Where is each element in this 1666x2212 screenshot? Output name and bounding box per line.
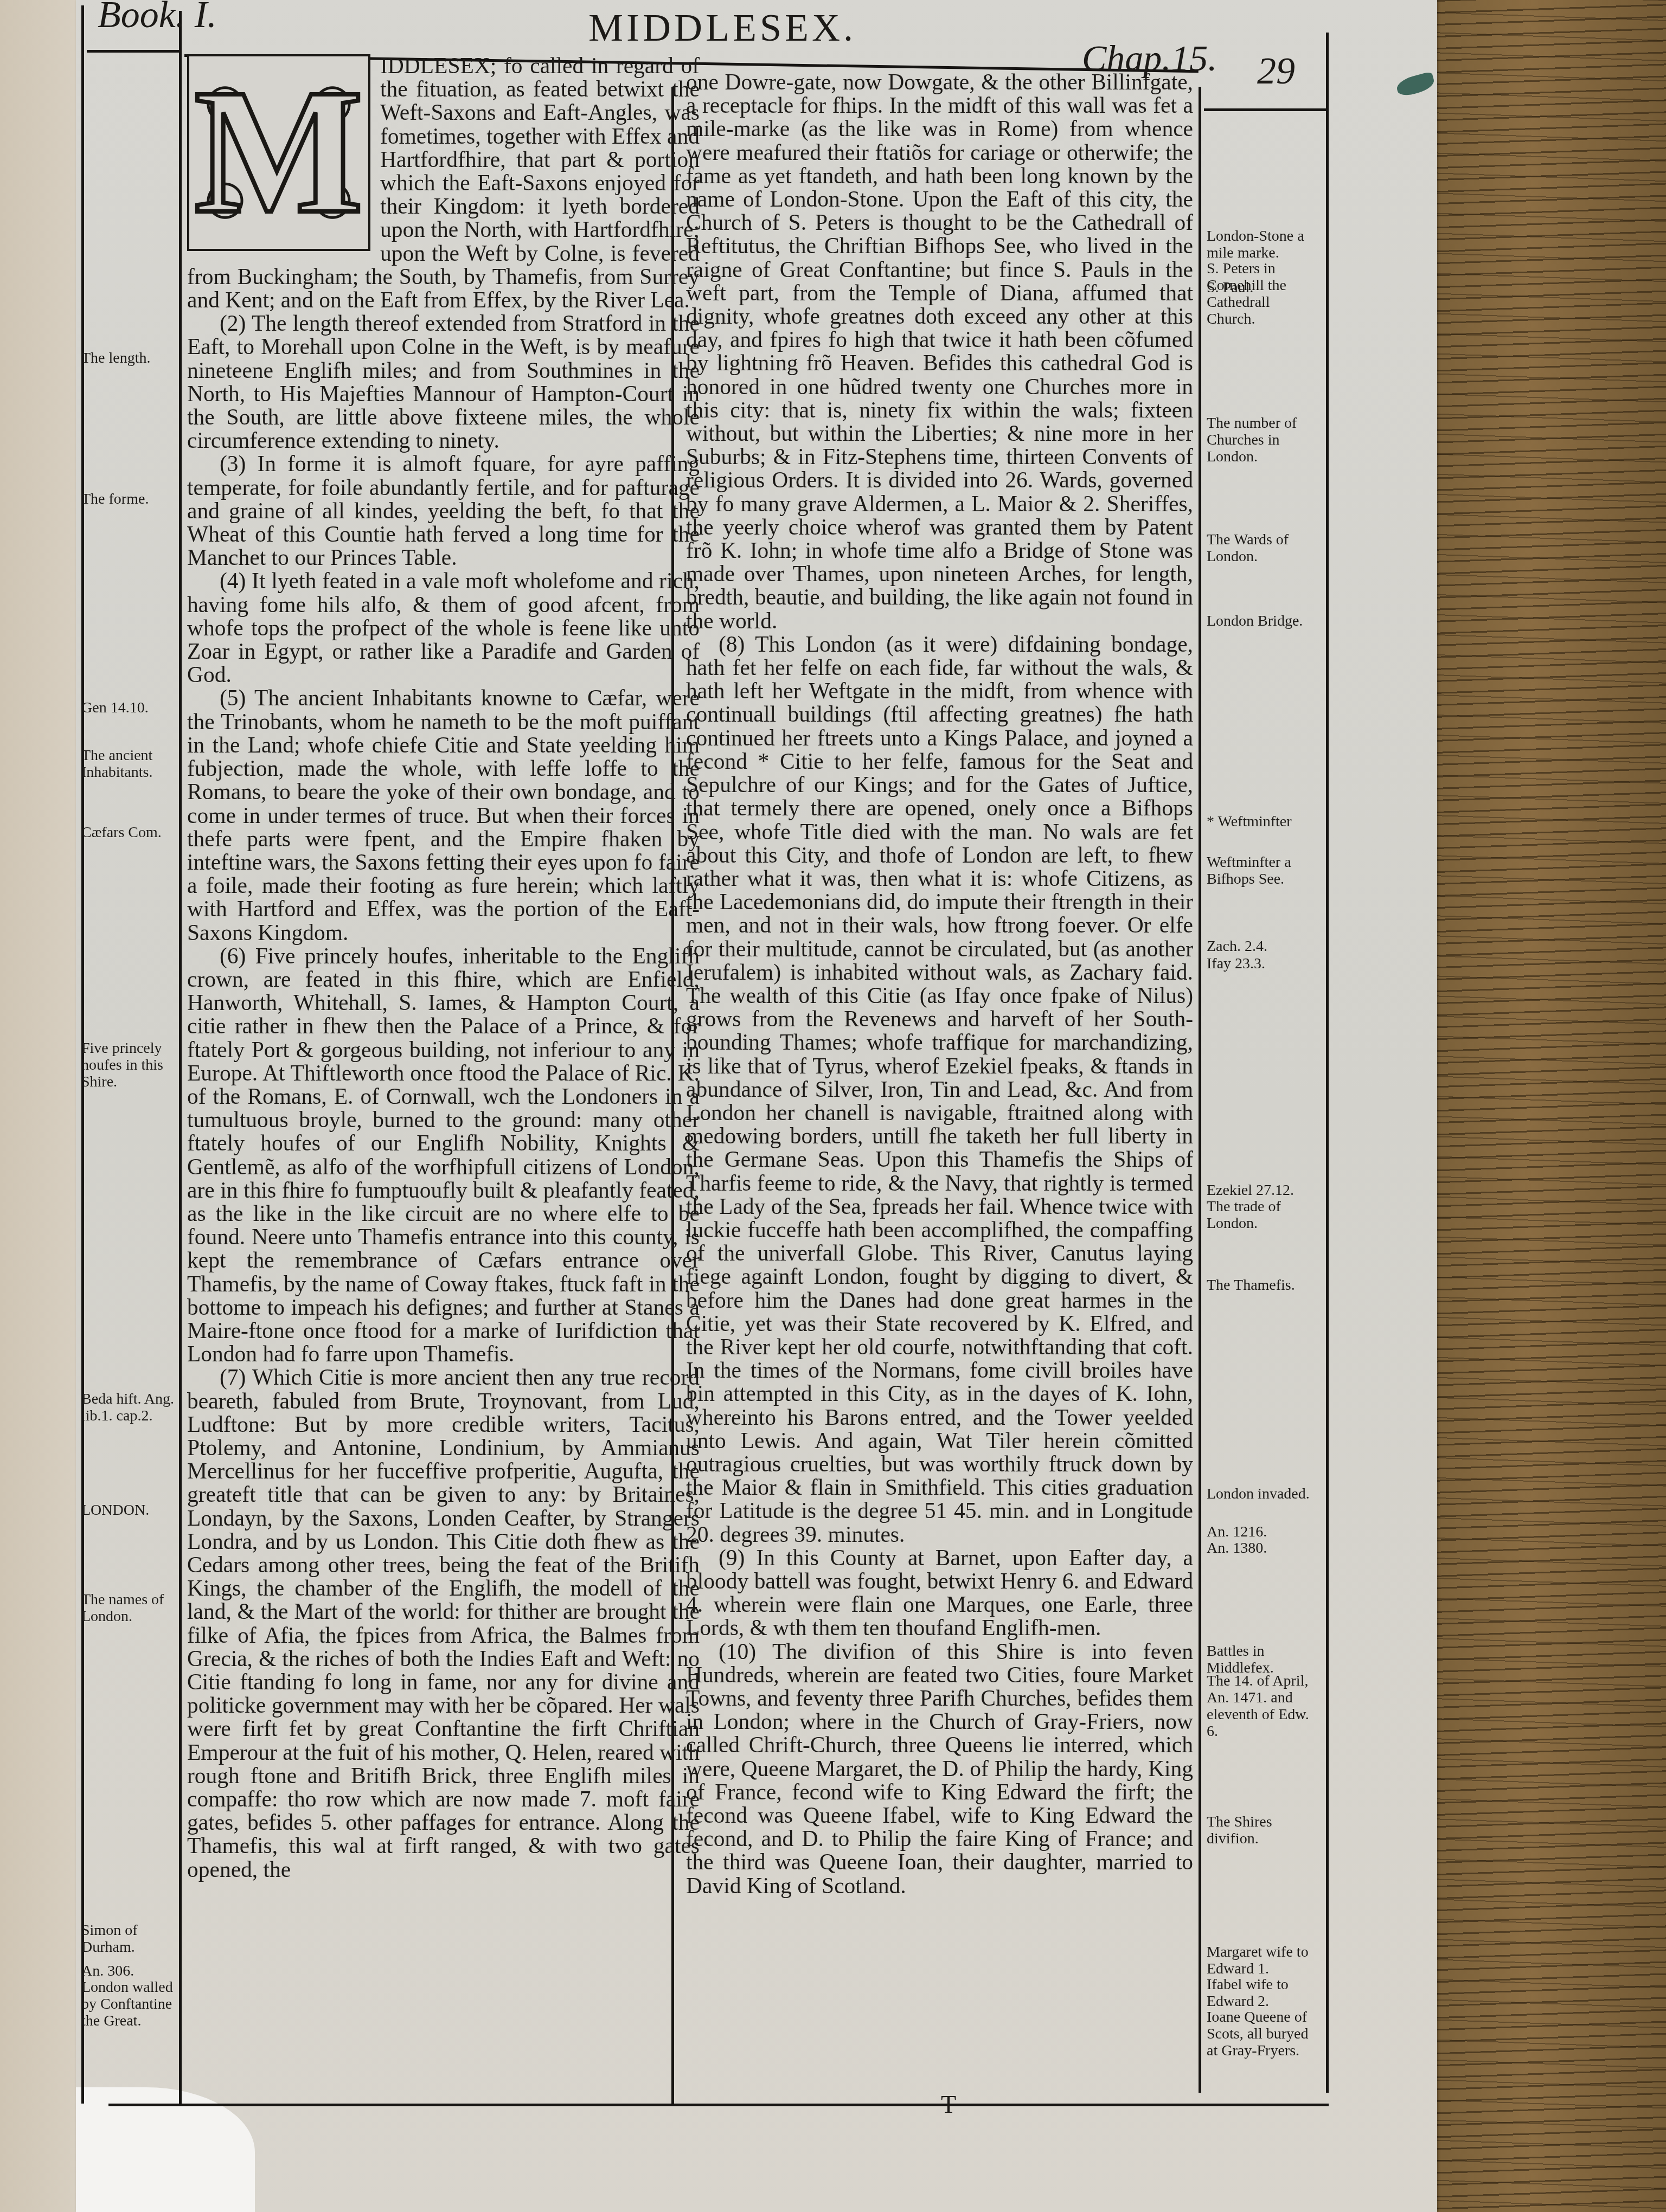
- margin-note: The trade of London.: [1207, 1198, 1321, 1232]
- margin-note: London walled by Conftantine the Great.: [81, 1979, 179, 2029]
- margin-note: The length.: [81, 350, 179, 366]
- paragraph-7: (7) Which Citie is more ancient then any…: [187, 1366, 700, 1881]
- paragraph-9: (9) In this County at Barnet, upon Eafte…: [686, 1546, 1193, 1640]
- paragraph-4: (4) It lyeth feated in a vale moft whole…: [187, 569, 700, 686]
- page-number: 29: [1257, 50, 1295, 93]
- margin-note: An. 306.: [81, 1963, 179, 1979]
- margin-note: Ifay 23.3.: [1207, 955, 1321, 972]
- outer-right-rule: [1326, 33, 1329, 2093]
- margin-note: London-Stone a mile marke.: [1207, 228, 1321, 261]
- drop-cap-letter: M: [189, 60, 368, 244]
- header-rule-left: [87, 50, 179, 53]
- paragraph-5: (5) The ancient Inhabitants knowne to Cæ…: [187, 686, 700, 944]
- margin-note: Ezekiel 27.12.: [1207, 1182, 1321, 1199]
- right-margin-rule: [1199, 87, 1201, 2093]
- margin-note: An. 1216.: [1207, 1523, 1321, 1540]
- margin-note: The forme.: [81, 491, 179, 507]
- page-title: MIDDLESEX.: [588, 5, 856, 50]
- wooden-table-background: [1437, 0, 1666, 2212]
- margin-note: The number of Churches in London.: [1207, 415, 1321, 465]
- right-text-column: one Dowre-gate, now Dowgate, & the other…: [686, 70, 1193, 1898]
- left-margin-rule: [179, 11, 182, 2104]
- margin-note: An. 1380.: [1207, 1540, 1321, 1557]
- paragraph-8: (8) This London (as it were) difdaining …: [686, 633, 1193, 1546]
- margin-note: The Shires divifion.: [1207, 1814, 1321, 1847]
- header-rule-right: [1204, 108, 1326, 111]
- margin-note: Ifabel wife to Edward 2.: [1207, 1976, 1321, 2010]
- margin-note: Simon of Durham.: [81, 1922, 179, 1956]
- signature-mark: T: [941, 2090, 956, 2119]
- margin-note: Beda hift. Ang. lib.1. cap.2.: [81, 1391, 179, 1424]
- margin-note: Battles in Middlefex.: [1207, 1643, 1321, 1676]
- margin-note: The names of London.: [81, 1591, 179, 1625]
- paragraph-10: (10) The divifion of this Shire is into …: [686, 1640, 1193, 1898]
- paragraph-7-continued: one Dowre-gate, now Dowgate, & the other…: [686, 70, 1193, 633]
- margin-note: London Bridge.: [1207, 613, 1321, 629]
- margin-note: Zach. 2.4.: [1207, 938, 1321, 955]
- margin-note: Gen 14.10.: [81, 699, 179, 716]
- margin-note: The 14. of April, An. 1471. and eleventh…: [1207, 1673, 1321, 1740]
- left-text-column: M IDDLESEX; fo called in regard of the f…: [187, 54, 700, 1881]
- background-left-strip: [0, 0, 81, 2212]
- margin-note: The ancient Inhabitants.: [81, 747, 179, 781]
- margin-note: Weftminfter a Bifhops See.: [1207, 854, 1321, 888]
- margin-note: Cæfars Com.: [81, 824, 179, 841]
- margin-note: The Wards of London.: [1207, 531, 1321, 565]
- paragraph-2: (2) The length thereof extended from Str…: [187, 312, 700, 452]
- margin-note: Ioane Queene of Scots, all buryed at Gra…: [1207, 2009, 1321, 2059]
- margin-note: S. Paul.: [1207, 279, 1321, 296]
- paragraph-6: (6) Five princely houfes, inheritable to…: [187, 944, 700, 1366]
- ornamental-drop-cap: M: [187, 54, 370, 251]
- margin-note: * Weftminfter: [1207, 813, 1321, 830]
- margin-note: LONDON.: [81, 1502, 179, 1519]
- margin-note: London invaded.: [1207, 1486, 1321, 1502]
- margin-note: Five princely houfes in this Shire.: [81, 1040, 179, 1090]
- book-number: Book. I.: [98, 0, 217, 37]
- paragraph-3: (3) In forme it is almoft fquare, for ay…: [187, 452, 700, 569]
- footer-rule: [108, 2104, 1329, 2106]
- margin-note: The Thamefis.: [1207, 1277, 1321, 1294]
- margin-note: Margaret wife to Edward 1.: [1207, 1944, 1321, 1977]
